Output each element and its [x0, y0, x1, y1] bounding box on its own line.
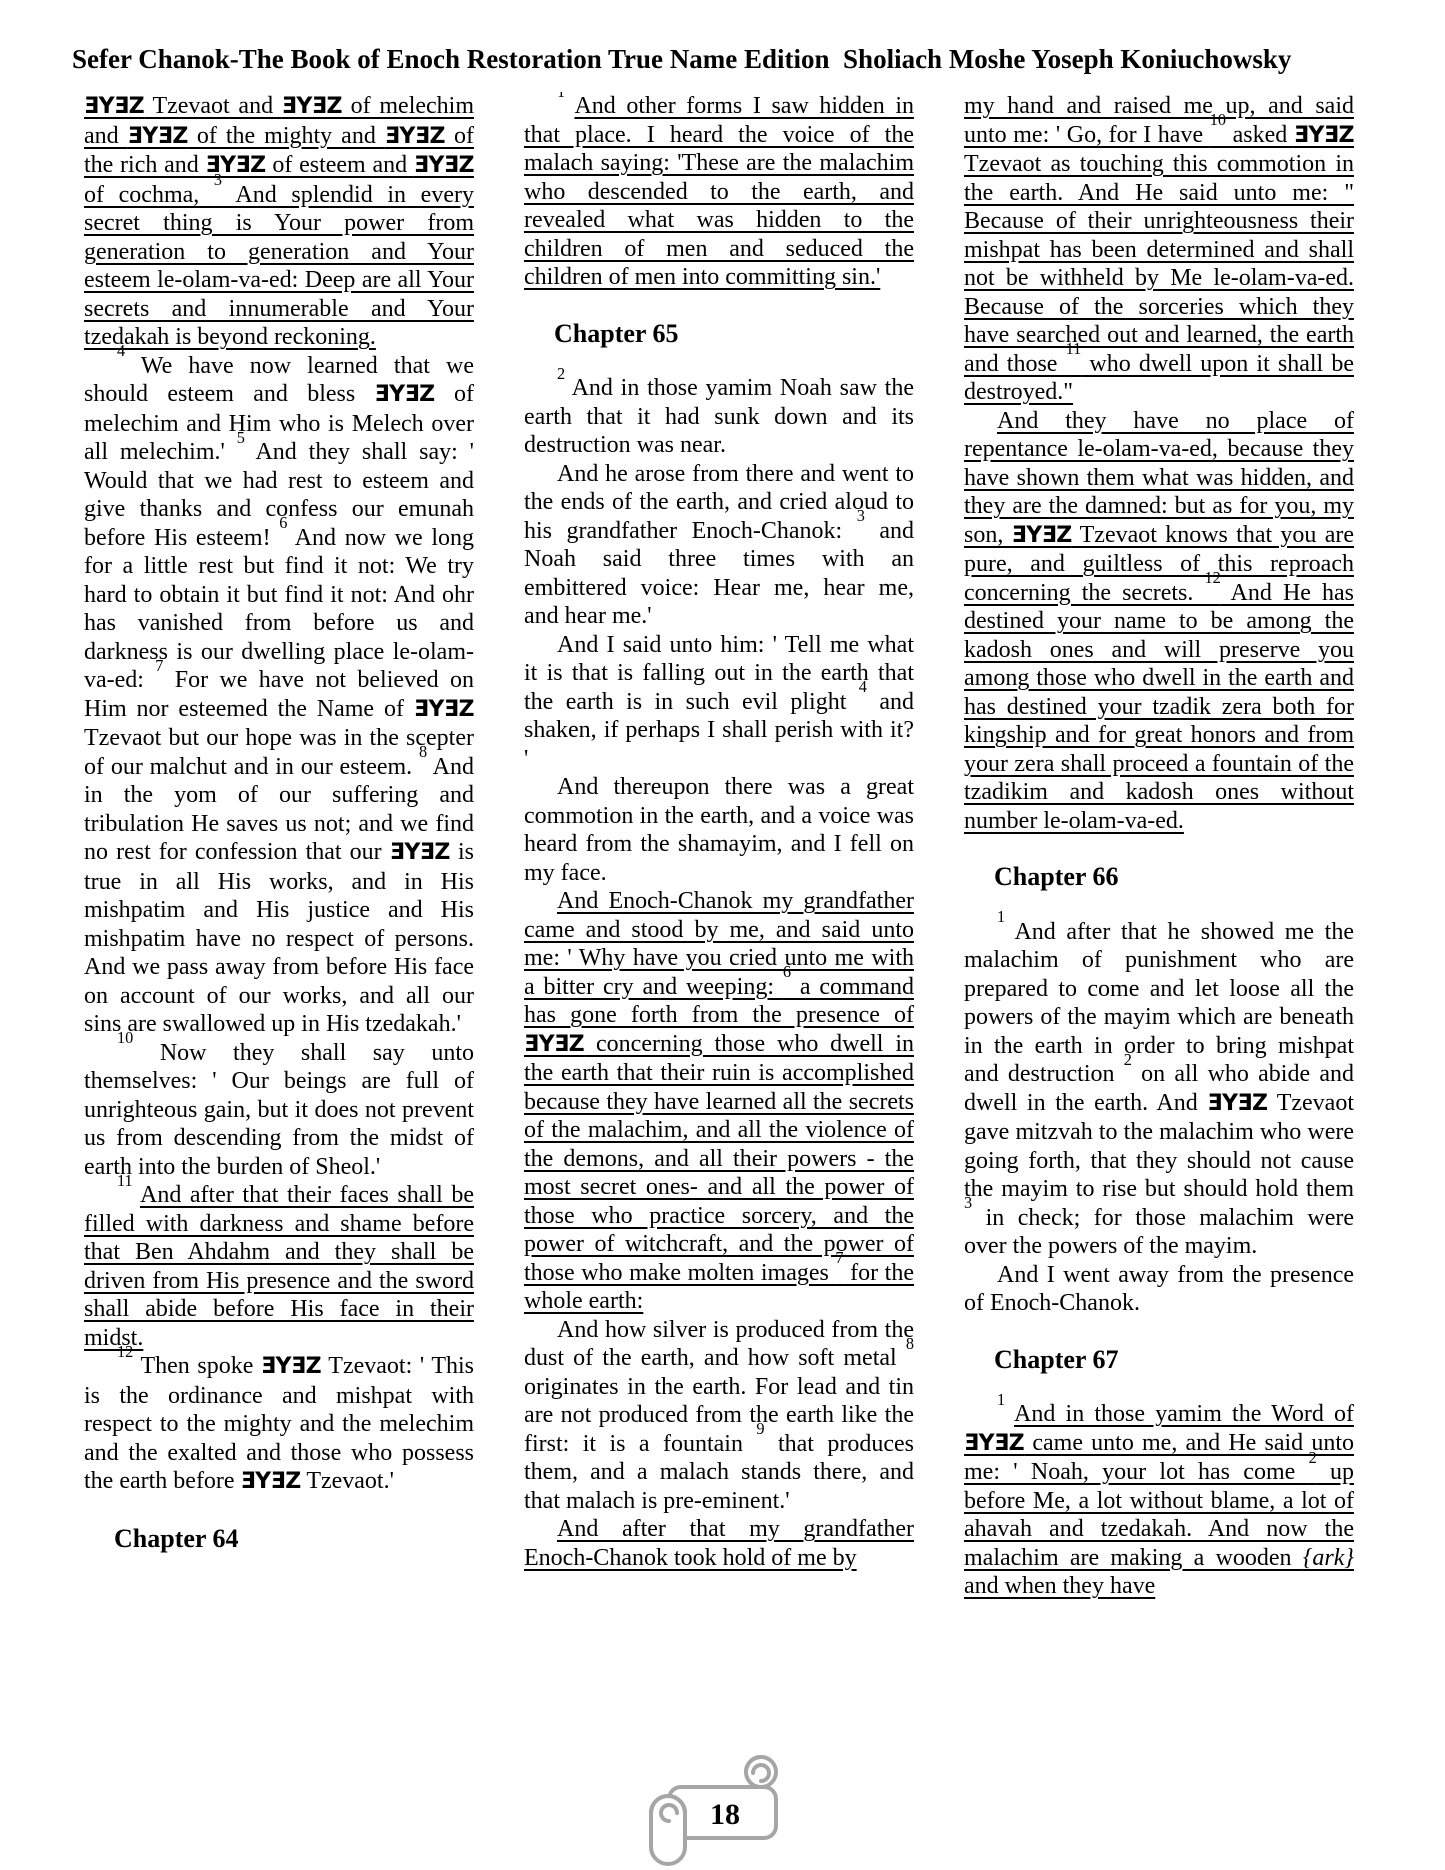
verse-number: 1	[557, 92, 565, 101]
text-run: And thereupon there was a great commotio…	[524, 774, 914, 886]
verse-number: 2	[557, 364, 565, 383]
divine-name-glyph: ƎYƎZ	[1294, 123, 1354, 148]
divine-name-glyph: ƎYƎZ	[1012, 523, 1072, 548]
chapter-heading: Chapter 66	[994, 863, 1354, 892]
underlined-text: ƎYƎZ Tzevaot and ƎYƎZ of melechim and ƎY…	[84, 93, 474, 350]
verse-number: 11	[117, 1171, 133, 1190]
text-run: concerning those who dwell in the earth …	[524, 1031, 914, 1286]
verse-number: 1	[997, 1390, 1005, 1409]
text-run: And how silver is produced from the dust…	[524, 1317, 914, 1372]
underlined-text: And after that my grandfather Enoch-Chan…	[524, 1516, 914, 1571]
paragraph: And Enoch-Chanok my grandfather came and…	[524, 887, 914, 1316]
document-page: Sefer Chanok-The Book of Enoch Restorati…	[0, 0, 1445, 1870]
verse-number: 8	[419, 742, 427, 761]
text-run: of the mighty and	[188, 123, 385, 149]
divine-name-glyph: ƎYƎZ	[414, 153, 474, 178]
text-run: And he arose from there and went to the …	[524, 461, 914, 544]
paragraph: 4 We have now learned that we should est…	[84, 352, 474, 1039]
paragraph: my hand and raised me up, and said unto …	[964, 92, 1354, 407]
verse-number: 10	[1210, 110, 1226, 129]
page-header-title: Sefer Chanok-The Book of Enoch Restorati…	[72, 44, 1291, 75]
text-run	[133, 1182, 140, 1208]
text-run: Tzevaot.'	[301, 1468, 394, 1494]
text-run: and when they have	[964, 1573, 1155, 1599]
paragraph: 10 Now they shall say unto themselves: '…	[84, 1039, 474, 1182]
paragraph: And he arose from there and went to the …	[524, 460, 914, 631]
verse-number: 9	[756, 1419, 764, 1438]
verse-number: 4	[859, 677, 867, 696]
text-run: Then spoke	[133, 1353, 261, 1379]
verse-number: 2	[1309, 1448, 1317, 1467]
divine-name-glyph: ƎYƎZ	[964, 1431, 1024, 1456]
divine-name-glyph: ƎYƎZ	[390, 840, 450, 865]
text-run: Tzevaot and	[144, 93, 282, 119]
text-run: And in those yamim the Word of	[1014, 1401, 1354, 1427]
paragraph: And they have no place of repentance le-…	[964, 407, 1354, 836]
text-run: Now they shall say unto themselves: ' Ou…	[84, 1040, 474, 1180]
divine-name-glyph: ƎYƎZ	[261, 1354, 321, 1379]
text-column-1: ƎYƎZ Tzevaot and ƎYƎZ of melechim and ƎY…	[84, 92, 474, 1744]
paragraph: ƎYƎZ Tzevaot and ƎYƎZ of melechim and ƎY…	[84, 92, 474, 352]
divine-name-glyph: ƎYƎZ	[414, 697, 474, 722]
text-run: {ark}	[1303, 1545, 1354, 1571]
verse-number: 12	[1204, 568, 1220, 587]
text-run: asked	[1226, 122, 1294, 148]
paragraph: 1 And after that he showed me the malach…	[964, 918, 1354, 1261]
verse-number: 2	[1124, 1050, 1132, 1069]
paragraph: And how silver is produced from the dust…	[524, 1316, 914, 1516]
verse-number: 6	[279, 513, 287, 532]
text-run: And after that my grandfather Enoch-Chan…	[524, 1516, 914, 1571]
text-run: is true in all His works, and in His mis…	[84, 839, 474, 1037]
text-run: And I said unto him: ' Tell me what it i…	[524, 632, 914, 715]
paragraph: 2 And in those yamim Noah saw the earth …	[524, 374, 914, 460]
text-columns: ƎYƎZ Tzevaot and ƎYƎZ of melechim and ƎY…	[84, 92, 1354, 1744]
paragraph: And I said unto him: ' Tell me what it i…	[524, 631, 914, 774]
divine-name-glyph: ƎYƎZ	[84, 94, 144, 119]
verse-number: 6	[783, 962, 791, 981]
page-number: 18	[710, 1798, 740, 1831]
paragraph: And thereupon there was a great commotio…	[524, 773, 914, 887]
verse-number: 11	[1066, 339, 1082, 358]
chapter-heading: Chapter 64	[114, 1525, 474, 1554]
paragraph: 12 Then spoke ƎYƎZ Tzevaot: ' This is th…	[84, 1352, 474, 1497]
text-run: And in those yamim Noah saw the earth th…	[524, 375, 914, 458]
verse-number: 8	[906, 1334, 914, 1353]
text-run	[1005, 1401, 1014, 1427]
text-run: of cochma,	[84, 182, 214, 208]
divine-name-glyph: ƎYƎZ	[375, 382, 435, 407]
text-column-2: 1 And other forms I saw hidden in that p…	[524, 92, 914, 1744]
chapter-heading: Chapter 67	[994, 1346, 1354, 1375]
underlined-text: And they have no place of repentance le-…	[964, 408, 1354, 834]
verse-number: 4	[117, 341, 125, 360]
paragraph: 11 And after that their faces shall be f…	[84, 1181, 474, 1352]
underlined-text: And other forms I saw hidden in that pla…	[524, 93, 914, 290]
scroll-icon: 18	[645, 1746, 805, 1870]
text-run: of esteem and	[266, 152, 414, 178]
verse-number: 7	[835, 1248, 843, 1267]
underlined-text: And after that their faces shall be fill…	[84, 1182, 474, 1351]
text-run: And after that their faces shall be fill…	[84, 1182, 474, 1351]
verse-number: 12	[117, 1342, 133, 1361]
divine-name-glyph: ƎYƎZ	[128, 124, 188, 149]
verse-number: 3	[857, 506, 865, 525]
paragraph: And after that my grandfather Enoch-Chan…	[524, 1515, 914, 1572]
underlined-text: And in those yamim the Word of ƎYƎZ came…	[964, 1401, 1354, 1599]
verse-number: 3	[214, 170, 222, 189]
text-column-3: my hand and raised me up, and said unto …	[964, 92, 1354, 1744]
text-run: Tzevaot as touching this commotion in th…	[964, 151, 1354, 377]
underlined-text: my hand and raised me up, and said unto …	[964, 93, 1354, 405]
divine-name-glyph: ƎYƎZ	[1207, 1091, 1267, 1116]
underlined-text: And Enoch-Chanok my grandfather came and…	[524, 888, 914, 1314]
verse-number: 7	[155, 656, 163, 675]
divine-name-glyph: ƎYƎZ	[241, 1469, 301, 1494]
text-run: Tzevaot but our hope was in the scepter …	[84, 725, 474, 780]
text-run: And I went away from the presence of Eno…	[964, 1262, 1354, 1317]
paragraph: And I went away from the presence of Eno…	[964, 1261, 1354, 1318]
paragraph: 1 And other forms I saw hidden in that p…	[524, 92, 914, 292]
text-run: in check; for those malachim were over t…	[964, 1205, 1354, 1260]
divine-name-glyph: ƎYƎZ	[385, 124, 445, 149]
chapter-heading: Chapter 65	[554, 320, 914, 349]
text-run: And He has destined your name to be amon…	[964, 580, 1354, 834]
page-footer: 18	[645, 1746, 805, 1870]
divine-name-glyph: ƎYƎZ	[524, 1032, 584, 1057]
verse-number: 1	[997, 907, 1005, 926]
text-run: And other forms I saw hidden in that pla…	[524, 93, 914, 290]
paragraph: 1 And in those yamim the Word of ƎYƎZ ca…	[964, 1400, 1354, 1601]
verse-number: 3	[964, 1193, 972, 1212]
divine-name-glyph: ƎYƎZ	[282, 94, 342, 119]
verse-number: 5	[237, 428, 245, 447]
verse-number: 10	[117, 1028, 133, 1047]
